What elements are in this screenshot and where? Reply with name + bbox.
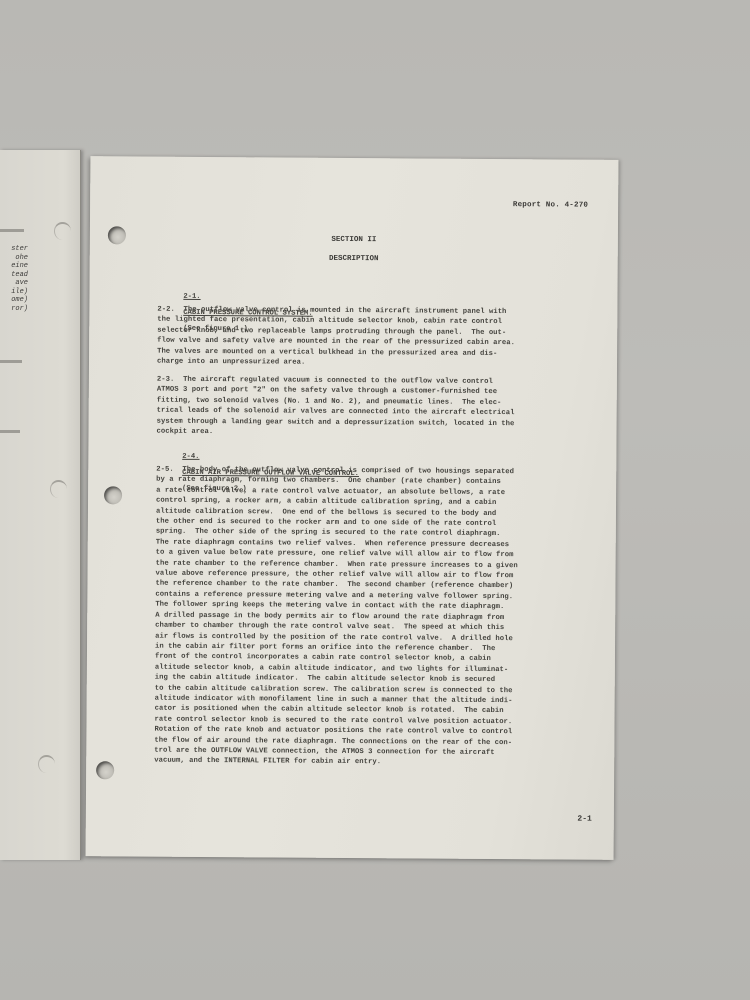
punch-hole-mark [54,222,71,240]
punch-hole-mark [38,755,55,773]
paragraph-2-2: 2-2. The outflow valve control is mounte… [157,305,587,370]
section-title: SECTION II [90,234,618,246]
binder-hole [96,761,114,779]
rule-line [0,229,24,232]
paragraph-2-3: 2-3. The aircraft regulated vacuum is co… [156,375,586,440]
underlying-left-page: ster ohe eine tead ave ile) ome) ror) [0,150,81,860]
photo-scene: ster ohe eine tead ave ile) ome) ror) Re… [0,0,750,1000]
heading-number: 2-4. [182,453,199,461]
section-subtitle: DESCRIPTION [90,253,618,265]
paragraph-2-5: 2-5. The body of the outflow valve contr… [154,465,586,770]
report-number: Report No. 4-270 [513,201,588,210]
page-number: 2-1 [577,815,591,824]
heading-number: 2-1. [183,293,200,301]
binder-hole [104,486,122,504]
document-page: Report No. 4-270 SECTION II DESCRIPTION … [86,156,619,860]
punch-hole-mark [50,480,67,498]
rule-line [0,430,20,433]
rule-line [0,360,22,363]
left-page-text-fragments: ster ohe eine tead ave ile) ome) ror) [0,245,28,313]
